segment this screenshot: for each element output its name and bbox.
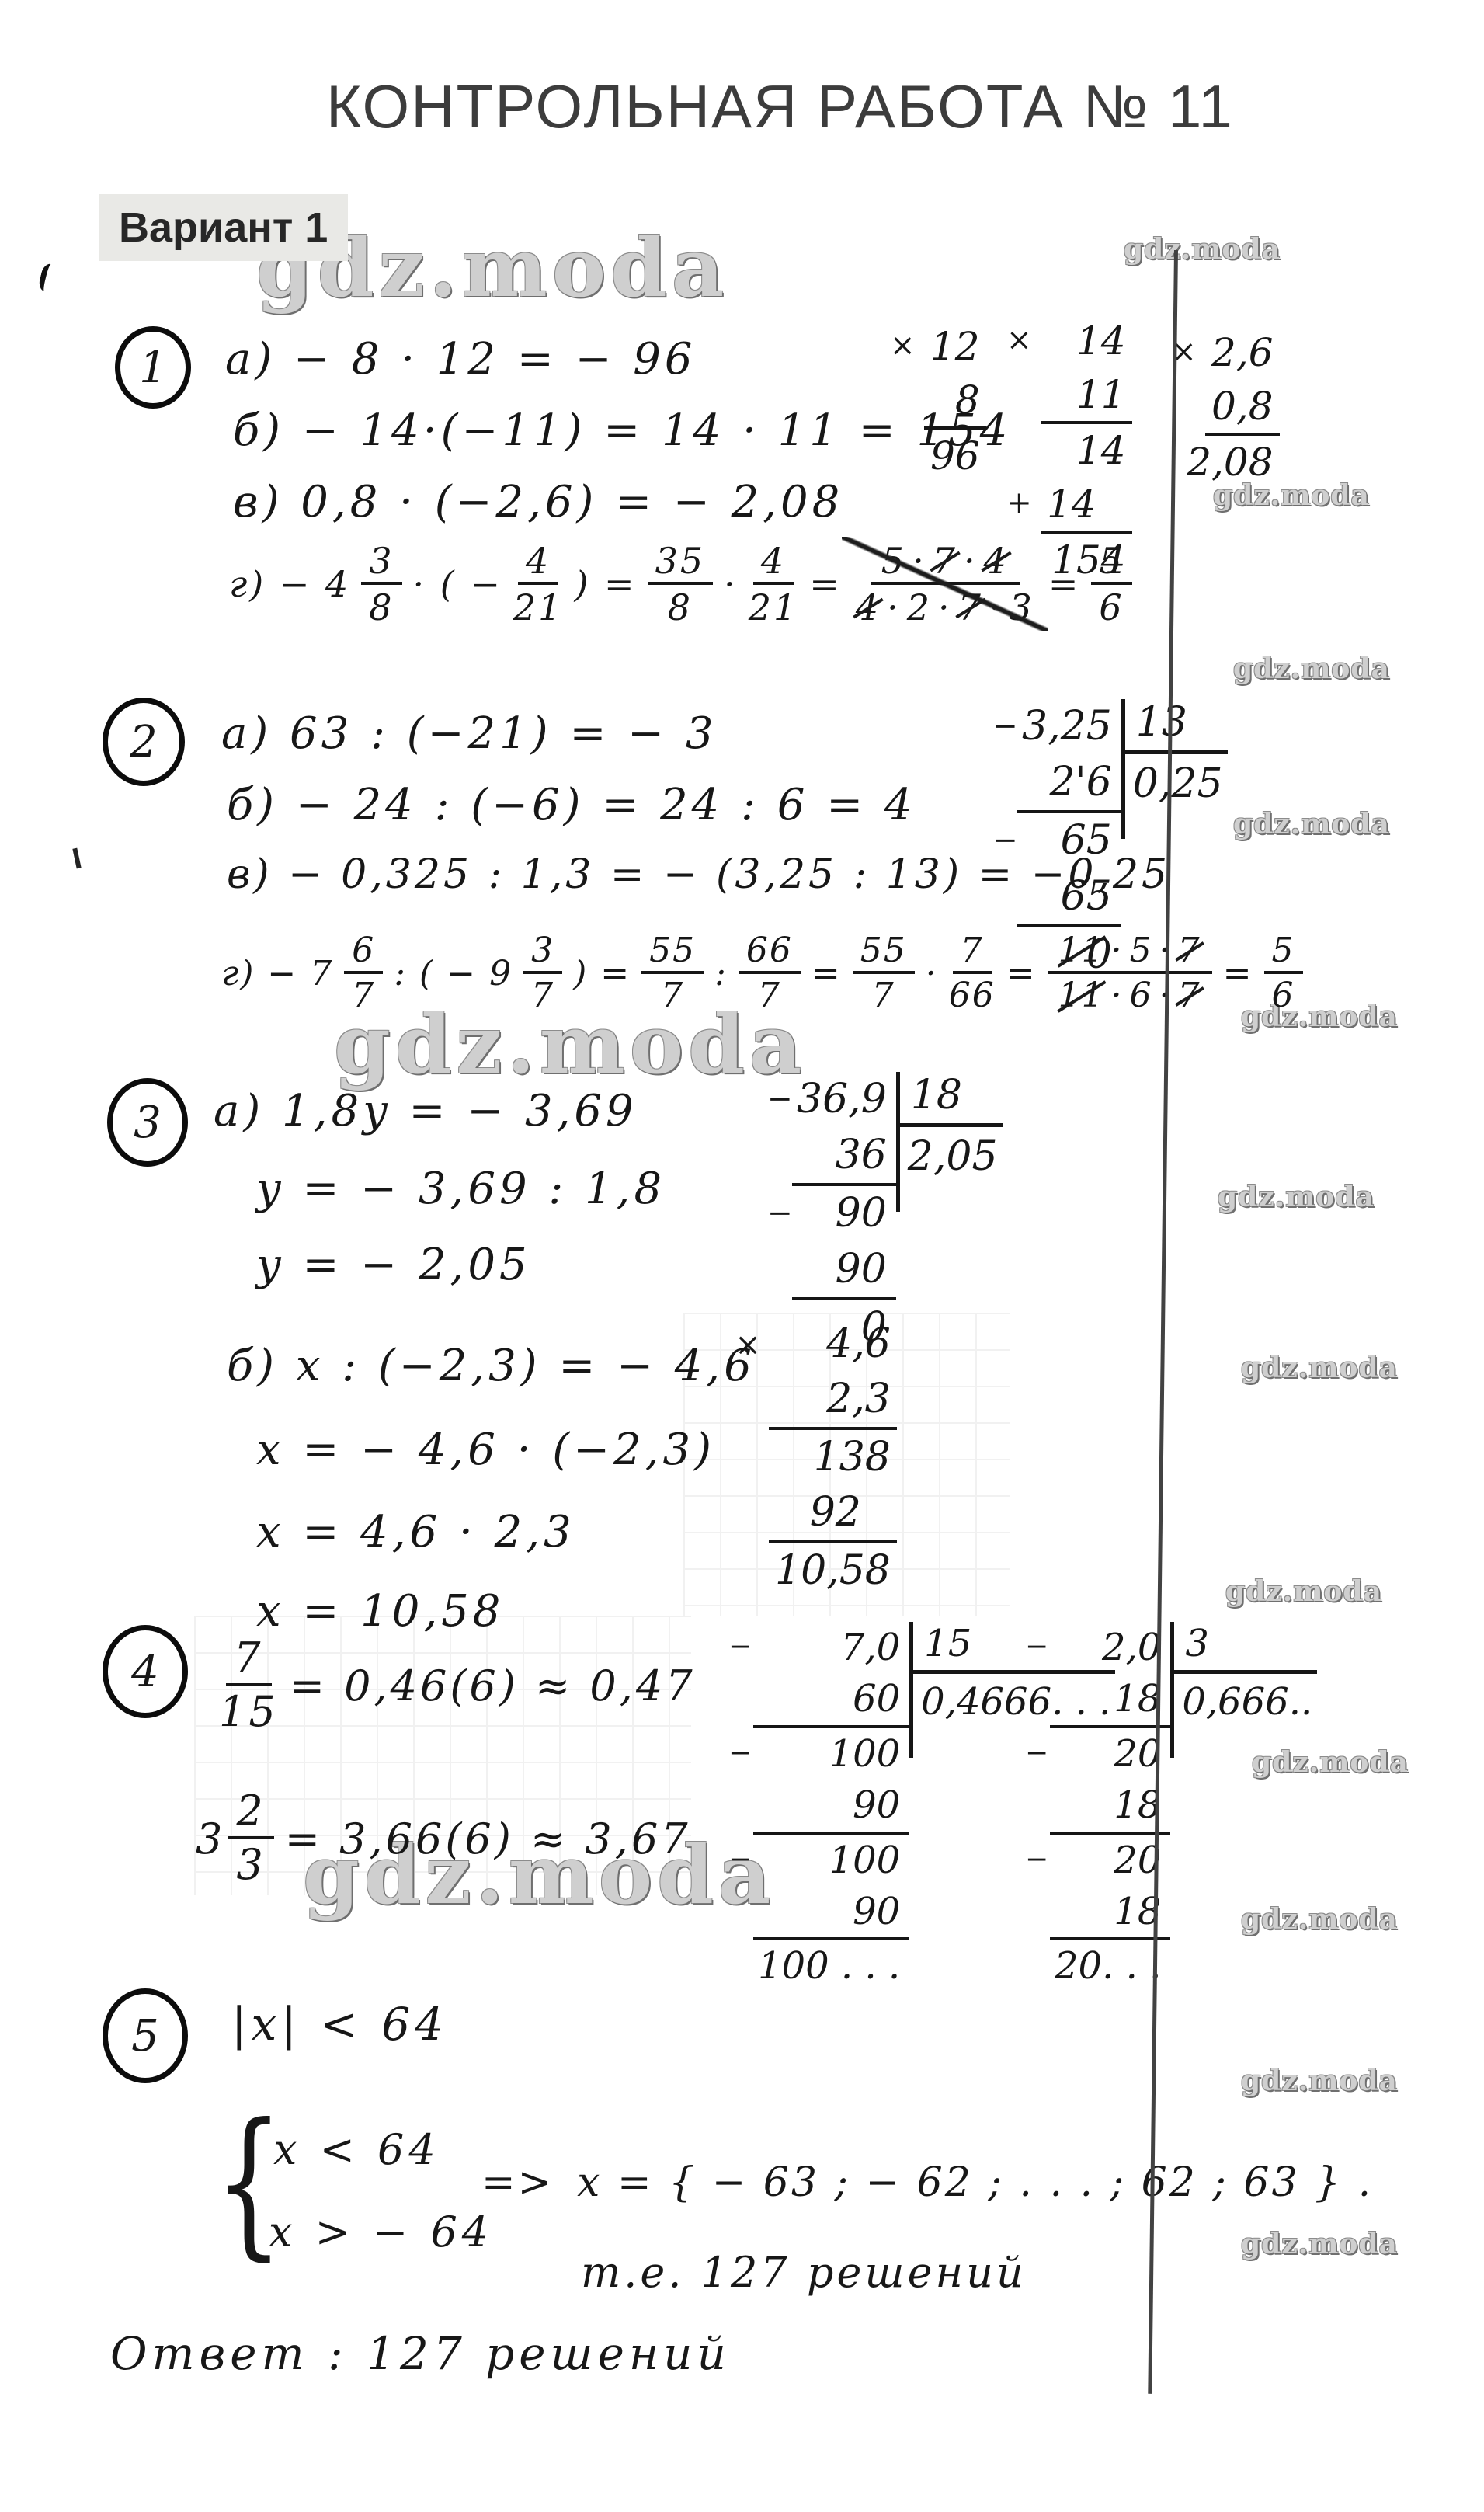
fraction: 766 [949,933,996,1014]
equation-text: г) − 4 [229,563,350,605]
problem-number-text: 5 [131,2011,159,2061]
multiply-dot: · [724,563,738,605]
cancel-fraction: 5·7·4 4·2·7·3 [853,542,1037,627]
problem-1-line-a: а) − 8 · 12 = − 96 [225,334,707,384]
division-left-column: −2,0 18 −20 18 −20 18 20. . . [1050,1622,1170,1992]
equals-sign: = [812,954,842,993]
division-row: 18 [1050,1673,1170,1727]
mult-partial: 92 [769,1485,897,1543]
watermark-small: gdz.moda [1241,2065,1398,2097]
implies-arrow: => [481,2159,554,2206]
times-sign: × [890,328,916,366]
mult-result: 2,08 [1174,436,1280,489]
problem-1-line-g: г) − 4 38 · ( − 421 ) = 358 · 421 = 5·7·… [229,522,1143,646]
equation-text: г) − 7 [221,954,333,993]
mult-row: 0,8 [1205,380,1280,437]
equation-text: ) = [574,563,636,605]
problem-5-system-line-2: x > − 64 [269,2208,504,2256]
problem-5-number: 5 [103,1988,188,2083]
note-text: т.е. 127 решений [581,2248,1027,2297]
mult-row: 8 [924,374,986,430]
problem-3-line-a2: y = − 3,69 : 1,8 [256,1164,676,1214]
division-left-column: −3,25 2'6 −65 65 0 [1017,699,1121,983]
long-division-3.25-by-13: −3,25 2'6 −65 65 0 13 0,25 [1017,699,1228,983]
mult-row: 11 [1041,368,1132,425]
division-left-column: −36,9 36 −90 90 0 [792,1072,896,1356]
problem-number-text: 3 [134,1098,162,1148]
plus-sign: + [1006,485,1032,523]
division-quotient: 0,666.. [1174,1674,1317,1724]
watermark-small: gdz.moda [1218,1181,1375,1213]
division-row: 100 . . . [753,1940,909,1992]
equation-text: б) − 24 : (−6) = 24 : 6 = 4 [227,780,916,830]
fraction: 23 [228,1790,273,1887]
inequality-text: x < 64 [273,2125,440,2174]
fraction: 715 [219,1637,279,1734]
equation-text: ) = [573,954,631,993]
mult-result: 154 [1041,534,1132,587]
equation-text: а) − 8 · 12 = − 96 [225,334,697,384]
problem-1-line-b: б) − 14·(−11) = 14 · 11 = 154 [233,405,1022,456]
division-quotient: 0,25 [1125,754,1228,807]
division-dividend: −2,0 [1050,1622,1170,1673]
mult-partial: 138 [769,1430,897,1485]
solution-set-text: x = { − 63 ; − 62 ; . . . ; 62 ; 63 } . [577,2159,1373,2206]
mult-row: ×12 [924,320,986,374]
problem-3-line-a: а) 1,8y = − 3,69 [214,1086,648,1136]
division-row: −90 [792,1186,896,1242]
problem-3-line-b2: x = − 4,6 · (−2,3) [256,1425,726,1475]
equation-text: : ( − 9 [394,954,513,993]
problem-2-line-b: б) − 24 : (−6) = 24 : 6 = 4 [227,780,927,830]
problem-4-line-1: 715 = 0,46(6) ≈ 0,47 [219,1616,707,1755]
column-multiplication-4.6x2.3: ×4,6 2,3 138 92 10,58 [769,1317,897,1599]
problem-3-line-b3: x = 4,6 · 2,3 [256,1507,586,1557]
equation-text: · ( − [413,563,502,605]
division-row: 36 [792,1128,896,1187]
equation-text: а) 1,8y = − 3,69 [214,1086,638,1136]
division-row: 65 [1017,869,1121,928]
watermark-small: gdz.moda [1225,1575,1382,1608]
fraction: 557 [853,933,915,1014]
division-divisor-box: 18 2,05 [896,1072,1003,1212]
mult-row: 2,3 [769,1372,897,1430]
equation-text: = 3,66(6) ≈ 3,67 [285,1814,691,1863]
equation-text: x = 4,6 · 2,3 [256,1507,575,1557]
page-title: КОНТРОЛЬНАЯ РАБОТА № 11 [326,71,1234,142]
division-divisor: 18 [900,1072,1003,1127]
mult-row: ×14 [1041,315,1132,368]
scanned-worksheet-page: { "sym": { "dot": "·", "plus": "+", "tim… [0,0,1484,2512]
long-division-36.9-by-18: −36,9 36 −90 90 0 18 2,05 [792,1072,1003,1356]
fraction: 38 [361,542,401,627]
times-sign: × [735,1324,761,1364]
problem-5-line-1: |x| < 64 [231,1998,459,2051]
equation-text: y = − 3,69 : 1,8 [256,1164,666,1214]
problem-number-text: 2 [130,717,158,767]
inequality-text: x > − 64 [269,2208,493,2256]
division-row: 18 [1050,1780,1170,1834]
equals-sign: = [809,563,842,605]
times-sign: × [1006,322,1032,360]
division-row: −100 [753,1728,909,1780]
cancel-numerator: 5·7·4 [871,542,1020,585]
mult-partial: 14 [1041,424,1132,478]
fraction: 358 [648,542,714,627]
fraction: 421 [513,542,564,627]
problem-3-line-a3: y = − 2,05 [256,1240,542,1290]
fraction: 667 [739,933,801,1014]
cancel-denominator: 4·2·7·3 [853,585,1037,626]
fraction: 421 [749,542,799,627]
division-row: −65 [1017,813,1121,869]
margin-rule-line [1148,250,1178,2394]
division-row: −20 [1050,1728,1170,1780]
problem-5-solution-set: => x = { − 63 ; − 62 ; . . . ; 62 ; 63 }… [481,2159,1384,2206]
fraction: 56 [1264,933,1303,1014]
watermark-small: gdz.moda [1233,652,1390,685]
mult-result: 96 [924,430,986,483]
problem-number-text: 1 [139,343,167,393]
fraction: 37 [523,933,562,1014]
division-row: 2'6 [1017,755,1121,814]
scan-stray-mark [72,848,81,869]
division-row: 60 [753,1673,909,1727]
division-remainder: 0 [1017,927,1121,983]
problem-2-line-a: а) 63 : (−21) = − 3 [221,708,728,759]
problem-5-answer: Ответ : 127 решений [110,2327,742,2380]
division-row: 90 [753,1886,909,1940]
problem-3-line-b: б) x : (−2,3) = − 4,6 [227,1341,766,1391]
division-row: 90 [792,1242,896,1301]
whole-number: 3 [196,1814,225,1863]
division-dividend: −7,0 [753,1622,909,1673]
division-row: 18 [1050,1886,1170,1940]
equation-text: x = − 4,6 · (−2,3) [256,1425,715,1475]
division-row: −20 [1050,1835,1170,1886]
answer-text: Ответ : 127 решений [110,2327,731,2380]
column-multiplication-12x8: ×12 8 96 [924,320,986,483]
division-row: −100 [753,1835,909,1886]
column-multiplication-2.6x0.8: ×2,6 0,8 2,08 [1205,326,1280,489]
division-row: 90 [753,1780,909,1834]
problem-3-number: 3 [107,1078,188,1167]
long-division-2.0-by-3: −2,0 18 −20 18 −20 18 20. . . 3 0,666.. [1050,1622,1317,1992]
fraction: 557 [641,933,704,1014]
problem-2-number: 2 [103,698,185,786]
equation-text: б) − 14·(−11) = 14 · 11 = 154 [233,405,1011,456]
multiply-dot: · [926,954,938,993]
mult-row: ×4,6 [769,1317,897,1372]
problem-5-system-line-1: x < 64 [273,2125,451,2174]
fraction: 67 [344,933,383,1014]
mult-partial: +14 [1041,478,1132,534]
scan-stray-mark [37,263,61,294]
division-dividend: −3,25 [1017,699,1121,755]
equation-text: б) x : (−2,3) = − 4,6 [227,1341,756,1391]
equation-text: = 0,46(6) ≈ 0,47 [290,1661,696,1710]
equation-text: |x| < 64 [231,1998,448,2051]
watermark-small: gdz.moda [1124,233,1281,266]
problem-4-number: 4 [103,1625,188,1718]
column-multiplication-14x11: ×14 11 14 +14 154 [1041,315,1132,587]
mult-result: 10,58 [769,1543,897,1599]
division-divisor-box: 13 0,25 [1121,699,1228,839]
divide-sign: : [714,954,728,993]
problem-1-number: 1 [115,326,191,409]
equation-text: y = − 2,05 [256,1240,531,1290]
problem-1-line-v: в) 0,8 · (−2,6) = − 2,08 [233,477,854,527]
watermark-small: gdz.moda [1241,1352,1398,1384]
variant-label: Вариант 1 [99,194,348,261]
problem-5-note: т.е. 127 решений [581,2248,1037,2297]
division-divisor-box: 3 0,666.. [1170,1622,1317,1758]
equation-text: а) 63 : (−21) = − 3 [221,708,718,759]
watermark-small: gdz.moda [1233,808,1390,840]
watermark-small: gdz.moda [1241,2228,1398,2260]
division-quotient: 2,05 [900,1127,1003,1180]
problem-4-line-2: 3 23 = 3,66(6) ≈ 3,67 [196,1773,702,1905]
division-divisor: 3 [1174,1622,1317,1674]
equation-text: в) 0,8 · (−2,6) = − 2,08 [233,477,843,527]
division-divisor: 13 [1125,699,1228,754]
division-dividend: −36,9 [792,1072,896,1128]
division-left-column: −7,0 60 −100 90 −100 90 100 . . . [753,1622,909,1992]
problem-number-text: 4 [131,1647,159,1697]
mult-row: ×2,6 [1205,326,1280,380]
